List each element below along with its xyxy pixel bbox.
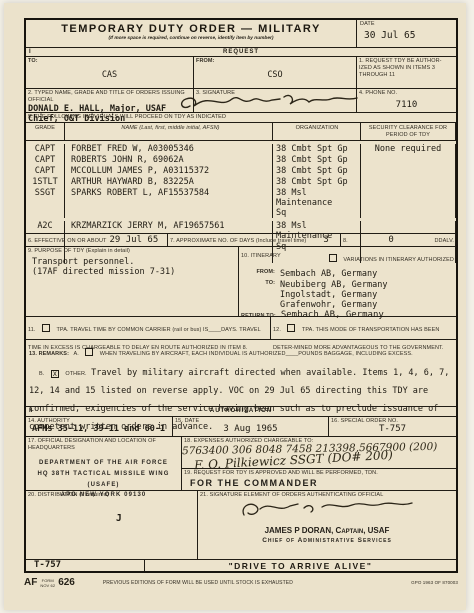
item11-checkbox [42, 324, 50, 332]
item19-label: 19. REQUEST FOR TDY IS APPROVED AND WILL… [184, 470, 454, 477]
remarks-b-label: B. [39, 371, 44, 377]
issuing-official-row: 2. TYPED NAME, GRADE AND TITLE OF ORDERS… [26, 88, 456, 112]
gpo-note: GPO 1963 OF 870003 [411, 580, 458, 586]
authenticating-official-name: JAMES P DORAN, Captain, USAF [200, 526, 454, 535]
item7-label: 7. APPROXIMATE NO. OF DAYS (Include trav… [170, 238, 306, 245]
authenticating-official-title: Chief of Administrative Services [200, 537, 454, 544]
tpa-row: 11. TPA. TRAVEL TIME BY COMMON CARRIER (… [26, 316, 456, 339]
remarks-line-a: 13. REMARKS: A. WHEN TRAVELING BY AIRCRA… [29, 342, 453, 360]
variations-option: VARIATIONS IN ITINERARY AUTHORIZED [327, 248, 454, 266]
purpose-cell: 9. PURPOSE OF TDY (Explain in detail) Tr… [26, 247, 239, 316]
item6-label: 6. EFFECTIVE ON OR ABOUT [28, 238, 107, 245]
item8-value: 0 [388, 235, 393, 246]
item21-cell: 21. SIGNATURE ELEMENT OF ORDERS AUTHENTI… [198, 491, 456, 559]
item9-label: 9. PURPOSE OF TDY (Explain in detail) [28, 248, 236, 255]
item15-cell: 15. DATE 3 Aug 1965 [173, 417, 329, 437]
distribution-signature-row: 20. DISTRIBUTION (If required) J 21. SIG… [26, 490, 456, 559]
order-no: T-757 [34, 560, 61, 571]
itinerary-from-line: FROM: Sembach AB, Germany [241, 269, 454, 279]
item15-label: 15. DATE [175, 418, 326, 425]
bottom-band: T-757 "DRIVE TO ARRIVE ALIVE" [26, 559, 456, 571]
item16-cell: 16. SPECIAL ORDER NO. T-757 [329, 417, 456, 437]
col-name: NAME (Last, first, middle initial, AFSN) [65, 123, 273, 140]
itinerary-from-value: Sembach AB, Germany [280, 269, 377, 279]
to-value: CAS [28, 70, 191, 80]
purpose-itinerary-row: 9. PURPOSE OF TDY (Explain in detail) Tr… [26, 246, 456, 316]
item20-cell: 20. DISTRIBUTION (If required) J [26, 491, 198, 559]
authenticating-official-block: JAMES P DORAN, Captain, USAF Chief of Ad… [200, 526, 454, 544]
item20-value: J [116, 513, 195, 524]
item6-value: 29 Jul 65 [110, 235, 159, 246]
grade: CAPT [26, 166, 65, 177]
item9-value: Transport personnel. (17AF directed miss… [32, 257, 236, 277]
item14-value: AFMs 35-11, 39-11 and 60-1 [32, 424, 170, 434]
roster-row: CAPT MCCOLLUM JAMES P, A03115372 38 Cmbt… [26, 166, 456, 177]
effective-date-row: 6. EFFECTIVE ON OR ABOUT 29 Jul 65 7. AP… [26, 233, 456, 246]
item19-block: 19. REQUEST FOR TDY IS APPROVED AND WILL… [182, 468, 456, 490]
section-request-band: I REQUEST [26, 47, 456, 57]
item4-label: 4. PHONE NO. [359, 90, 454, 97]
clearance [361, 188, 456, 219]
form-date: NOV 62 [40, 583, 55, 588]
roster-body: CAPT FORBET FRED W, A03005346 38 Cmbt Sp… [26, 141, 456, 233]
clearance [361, 166, 456, 177]
remarks-b-checkbox: X [51, 370, 59, 378]
item20-label: 20. DISTRIBUTION (If required) [28, 492, 195, 499]
footer-note: PREVIOUS EDITIONS OF FORM WILL BE USED U… [103, 580, 293, 586]
clearance [361, 155, 456, 166]
col-grade: GRADE [26, 123, 65, 140]
to-label: TO: [28, 58, 191, 65]
itinerary-to-value: Neubiberg AB, Germany Ingolstadt, German… [280, 280, 387, 311]
item1-label: 1. REQUEST TDY BE AUTHOR- IZED AS SHOWN … [359, 58, 454, 79]
authenticating-official-signature [238, 499, 428, 519]
item5-band: 5. THE FOLLOWING INDIVIDUALS WILL PROCEE… [26, 112, 456, 122]
section-request-title: REQUEST [26, 49, 456, 55]
remarks-section: 13. REMARKS: A. WHEN TRAVELING BY AIRCRA… [26, 339, 456, 406]
roster-row: CAPT FORBET FRED W, A03005346 38 Cmbt Sp… [26, 144, 456, 155]
headquarters-expenses-row: 17. OFFICIAL DESIGNATION AND LOCATION OF… [26, 436, 456, 490]
issuing-official-signature [176, 91, 366, 113]
variations-label: VARIATIONS IN ITINERARY AUTHORIZED [343, 257, 454, 263]
for-the-commander: FOR THE COMMANDER [190, 478, 454, 488]
section-authorization-title: AUTHORIZATION [26, 408, 456, 414]
col-organization: ORGANIZATION [273, 123, 361, 140]
from-label: FROM: [196, 58, 354, 65]
date-box: DATE 30 Jul 65 [356, 20, 456, 47]
item2-cell: 2. TYPED NAME, GRADE AND TITLE OF ORDERS… [26, 89, 194, 112]
form-number: 626 [58, 577, 75, 588]
remarks-a-label: A. [73, 351, 78, 357]
name: ARTHUR HAYWARD B, 83225A [65, 177, 273, 188]
remarks-b-keyword: OTHER. [65, 371, 86, 377]
item6-cell: 6. EFFECTIVE ON OR ABOUT 29 Jul 65 [26, 234, 168, 246]
item16-value: T-757 [331, 424, 454, 435]
section-request-numeral: I [29, 49, 31, 55]
remarks-a-text: WHEN TRAVELING BY AIRCRAFT, EACH INDIVID… [100, 351, 413, 357]
itinerary-header: 10. ITINERARY VARIATIONS IN ITINERARY AU… [241, 248, 454, 266]
item11-cell: 11. TPA. TRAVEL TIME BY COMMON CARRIER (… [26, 317, 271, 339]
grade: 1STLT [26, 177, 65, 188]
form-header: TEMPORARY DUTY ORDER — MILITARY (If more… [26, 20, 456, 47]
to-from-row: TO: CAS FROM: CSO 1. REQUEST TDY BE AUTH… [26, 56, 456, 88]
grade: SSGT [26, 188, 65, 219]
section-authorization-numeral: II [29, 408, 32, 414]
item12-cell: 12. TPA. THIS MODE OF TRANSPORTATION HAS… [271, 317, 456, 339]
authority-row: 14. AUTHORITY AFMs 35-11, 39-11 and 60-1… [26, 416, 456, 437]
clearance [361, 177, 456, 188]
item4-value: 7110 [359, 100, 454, 111]
item5-label: 5. THE FOLLOWING INDIVIDUALS WILL PROCEE… [28, 114, 226, 121]
roster-row: SSGT SPARKS ROBERT L, AF15537584 38 Msl … [26, 188, 456, 219]
form-id-stack: FORM NOV 62 [40, 578, 55, 588]
order-no-box: T-757 [26, 560, 145, 571]
col-clearance: SECURITY CLEARANCE FOR PERIOD OF TDY [361, 123, 456, 140]
roster-table: GRADE NAME (Last, first, middle initial,… [26, 122, 456, 233]
item8-label: 8. [343, 238, 348, 245]
safety-motto: "DRIVE TO ARRIVE ALIVE" [145, 561, 456, 571]
item2-label: 2. TYPED NAME, GRADE AND TITLE OF ORDERS… [28, 90, 191, 104]
section-authorization-band: II AUTHORIZATION [26, 406, 456, 416]
name: FORBET FRED W, A03005346 [65, 144, 273, 155]
organization: 38 Cmbt Spt Gp [273, 155, 361, 166]
item1-cell: 1. REQUEST TDY BE AUTHOR- IZED AS SHOWN … [357, 57, 456, 88]
from-cell: FROM: CSO [194, 57, 357, 88]
item8-suffix: DDALV. [434, 238, 454, 245]
form-title: TEMPORARY DUTY ORDER — MILITARY [26, 23, 356, 35]
item3-cell: 3. SIGNATURE [194, 89, 357, 112]
item12-checkbox [287, 324, 295, 332]
item16-label: 16. SPECIAL ORDER NO. [331, 418, 454, 425]
item12-label: 12. [273, 327, 281, 333]
roster-row: 1STLT ARTHUR HAYWARD B, 83225A 38 Cmbt S… [26, 177, 456, 188]
item13-label: 13. REMARKS: [29, 351, 69, 357]
item7-value: 3 [323, 235, 328, 246]
date-label: DATE [360, 21, 453, 28]
scanned-tdy-order: TEMPORARY DUTY ORDER — MILITARY (If more… [0, 0, 474, 613]
name: MCCOLLUM JAMES P, A03115372 [65, 166, 273, 177]
roster-header: GRADE NAME (Last, first, middle initial,… [26, 123, 456, 141]
item14-cell: 14. AUTHORITY AFMs 35-11, 39-11 and 60-1 [26, 417, 173, 437]
organization: 38 Cmbt Spt Gp [273, 177, 361, 188]
from-value: CSO [196, 70, 354, 80]
organization: 38 Cmbt Spt Gp [273, 166, 361, 177]
roster-row: CAPT ROBERTS JOHN R, 69062A 38 Cmbt Spt … [26, 155, 456, 166]
variations-checkbox [329, 254, 337, 262]
itinerary-cell: 10. ITINERARY VARIATIONS IN ITINERARY AU… [239, 247, 456, 316]
to-cell: TO: CAS [26, 57, 194, 88]
item8-cell: 8. 0 DDALV. [341, 234, 456, 246]
date-value: 30 Jul 65 [364, 30, 453, 41]
item11-label: 11. [28, 327, 36, 333]
remarks-a-checkbox [85, 348, 93, 356]
item21-label: 21. SIGNATURE ELEMENT OF ORDERS AUTHENTI… [200, 492, 454, 499]
form-subtitle: (If more space is required, continue on … [26, 36, 356, 41]
itinerary-from-label: FROM: [241, 269, 275, 279]
item15-value: 3 Aug 1965 [175, 424, 326, 435]
item17-label: 17. OFFICIAL DESIGNATION AND LOCATION OF… [28, 438, 179, 452]
name: ROBERTS JOHN R, 69062A [65, 155, 273, 166]
organization: 38 Msl Maintenance Sq [273, 188, 361, 219]
paper: TEMPORARY DUTY ORDER — MILITARY (If more… [4, 3, 466, 610]
name: SPARKS ROBERT L, AF15537584 [65, 188, 273, 219]
item10-label: 10. ITINERARY [241, 253, 281, 260]
item14-label: 14. AUTHORITY [28, 418, 170, 425]
grade: CAPT [26, 155, 65, 166]
organization: 38 Cmbt Spt Gp [273, 144, 361, 155]
grade: CAPT [26, 144, 65, 155]
item7-cell: 7. APPROXIMATE NO. OF DAYS (Include trav… [168, 234, 341, 246]
form-title-block: TEMPORARY DUTY ORDER — MILITARY (If more… [26, 20, 356, 47]
itinerary-to-label: TO: [241, 280, 275, 311]
form-border: TEMPORARY DUTY ORDER — MILITARY (If more… [24, 18, 458, 573]
af-prefix: AF [24, 577, 37, 588]
itinerary-to-lines: TO: Neubiberg AB, Germany Ingolstadt, Ge… [241, 280, 454, 311]
form-footer: AF FORM NOV 62 626 PREVIOUS EDITIONS OF … [24, 577, 458, 588]
item4-cell: 4. PHONE NO. 7110 [357, 89, 456, 112]
item18-19-cell: 18. EXPENSES AUTHORIZED CHARGEABLE TO: 5… [182, 437, 456, 490]
item17-cell: 17. OFFICIAL DESIGNATION AND LOCATION OF… [26, 437, 182, 490]
clearance: None required [361, 144, 456, 155]
